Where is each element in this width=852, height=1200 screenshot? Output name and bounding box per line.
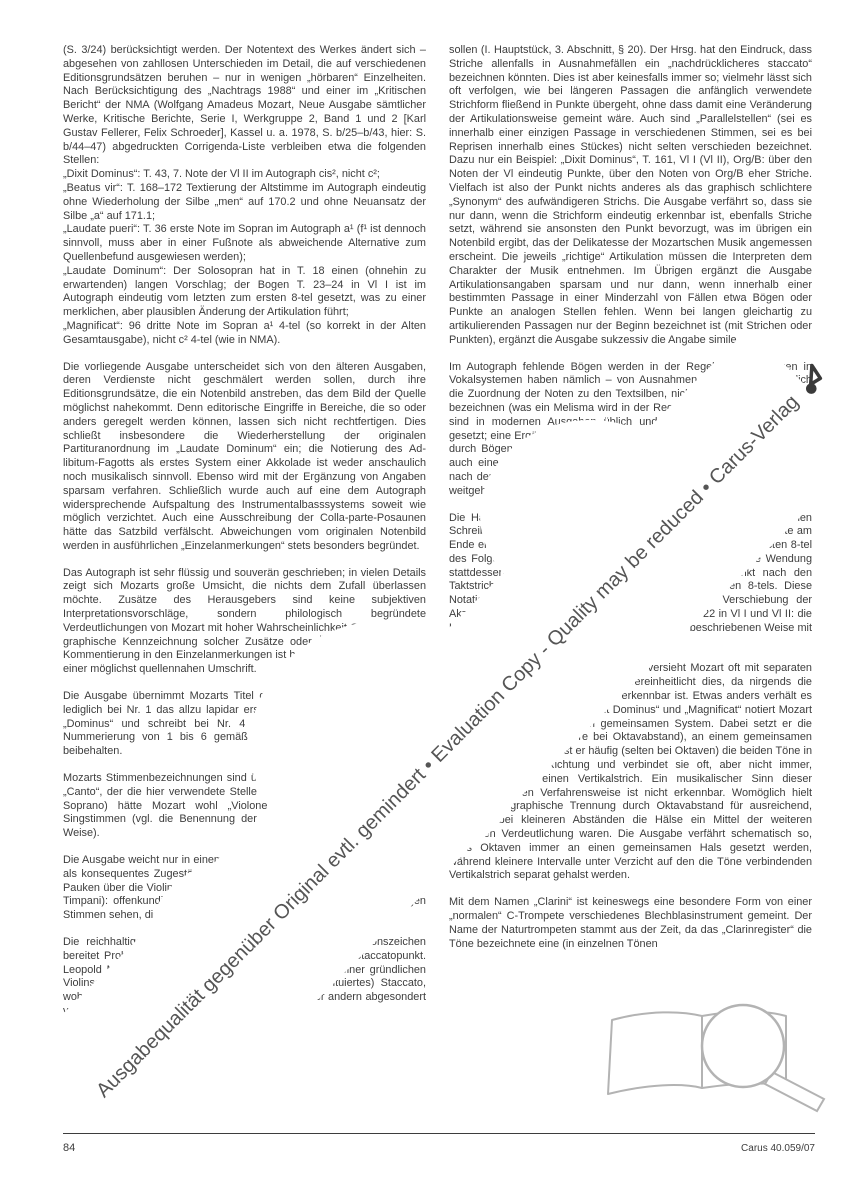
paragraph: „Magnificat“: 96 dritte Note im Sopran a…: [63, 320, 426, 348]
paragraph: „Dixit Dominus“: T. 43, 7. Note der Vl I…: [63, 168, 426, 182]
book-magnifier-icon: [600, 1002, 845, 1119]
paragraph: sollen (I. Hauptstück, 3. Abschnitt, § 2…: [449, 44, 812, 348]
paragraph: Die vorliegende Ausgabe unterscheidet si…: [63, 361, 426, 554]
paragraph: „Laudate Dominum“: Der Solosopran hat in…: [63, 265, 426, 320]
paragraph: „Beatus vir“: T. 168–172 Textierung der …: [63, 182, 426, 223]
paragraph: „Laudate pueri“: T. 36 erste Note im Sop…: [63, 223, 426, 264]
catalog-number: Carus 40.059/07: [741, 1143, 815, 1154]
document-page: (S. 3/24) berücksichtigt werden. Der Not…: [0, 0, 852, 1200]
paragraph: Mit dem Namen „Clarini“ ist keineswegs e…: [449, 896, 812, 951]
page-number: 84: [63, 1142, 75, 1154]
footer-rule: [63, 1133, 815, 1134]
paragraph: (S. 3/24) berücksichtigt werden. Der Not…: [63, 44, 426, 168]
